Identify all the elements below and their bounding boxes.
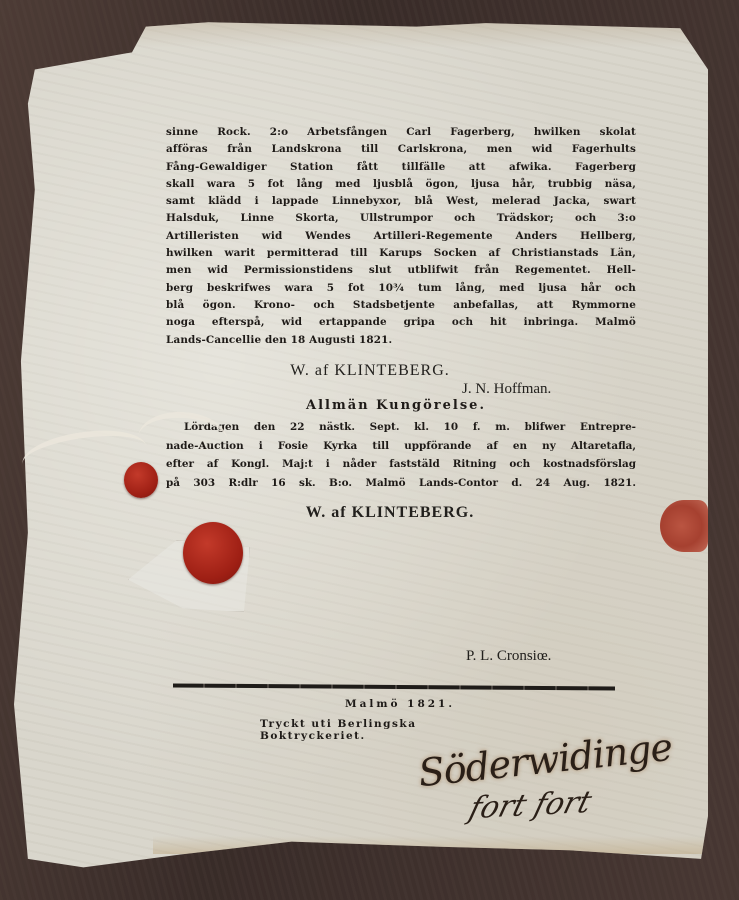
wax-seal-edge	[660, 500, 708, 552]
body-line: noga efterspå, wid ertappande gripa och …	[166, 314, 636, 331]
signature-cronsioe: P. L. Cronsiœ.	[466, 648, 551, 665]
body-line: men wid Permissionstidens slut utblifwit…	[166, 262, 636, 279]
proclamation-body: sinne Rock. 2:o Arbetsfången Carl Fagerb…	[166, 124, 636, 349]
notice-line: på 303 R:dlr 16 sk. B:o. Malmö Lands-Con…	[166, 474, 636, 493]
body-line: Fång-Gewaldiger Station fått tillfälle a…	[166, 159, 636, 176]
wax-seal-small	[124, 462, 158, 498]
body-line: hwilken warit permitterad till Karups So…	[166, 245, 636, 262]
imprint-place: Malmö 1821.	[330, 698, 470, 710]
body-line: skall wara 5 fot lång med ljusblå ögon, …	[166, 176, 636, 193]
body-line: samt klädd i lappade Linnebyxor, blå Wes…	[166, 193, 636, 210]
signature-hoffman: J. N. Hoffman.	[462, 381, 551, 398]
wax-seal-large	[183, 522, 243, 584]
notice-line: nade-Auction i Fosie Kyrka till uppföran…	[166, 437, 636, 456]
notice-line: efter af Kongl. Maj:t i nåder faststäld …	[166, 455, 636, 474]
signature-klinteberg-2: W. af KLINTEBERG.	[280, 504, 500, 522]
handwritten-annotation: Söderwidinge fort fort	[410, 720, 710, 860]
body-line: berg beskrifwes wara 5 fot 10¾ tum lång,…	[166, 280, 636, 297]
signature-klinteberg: W. af KLINTEBERG.	[260, 362, 480, 380]
notice-heading: Allmän Kungörelse.	[296, 398, 496, 413]
handwritten-line-2: fort fort	[465, 785, 595, 827]
public-notice: Lördagen den 22 nästk. Sept. kl. 10 f. m…	[166, 418, 636, 492]
body-line: affö­ras från Landskrona till Carlskrona…	[166, 141, 636, 158]
body-line: Halsduk, Linne Skorta, Ullstrumpor och T…	[166, 210, 636, 227]
body-line-last: Lands-Cancellie den 18 Augusti 1821.	[166, 332, 636, 349]
body-line: Artilleristen wid Wendes Artilleri-Regem…	[166, 228, 636, 245]
notice-line: Lördagen den 22 nästk. Sept. kl. 10 f. m…	[166, 418, 636, 437]
handwritten-line-1: Söderwidinge	[416, 725, 674, 795]
body-line: sinne Rock. 2:o Arbetsfången Carl Fagerb…	[166, 124, 636, 141]
body-line: blå ögon. Krono- och Stadsbetjente anbef…	[166, 297, 636, 314]
